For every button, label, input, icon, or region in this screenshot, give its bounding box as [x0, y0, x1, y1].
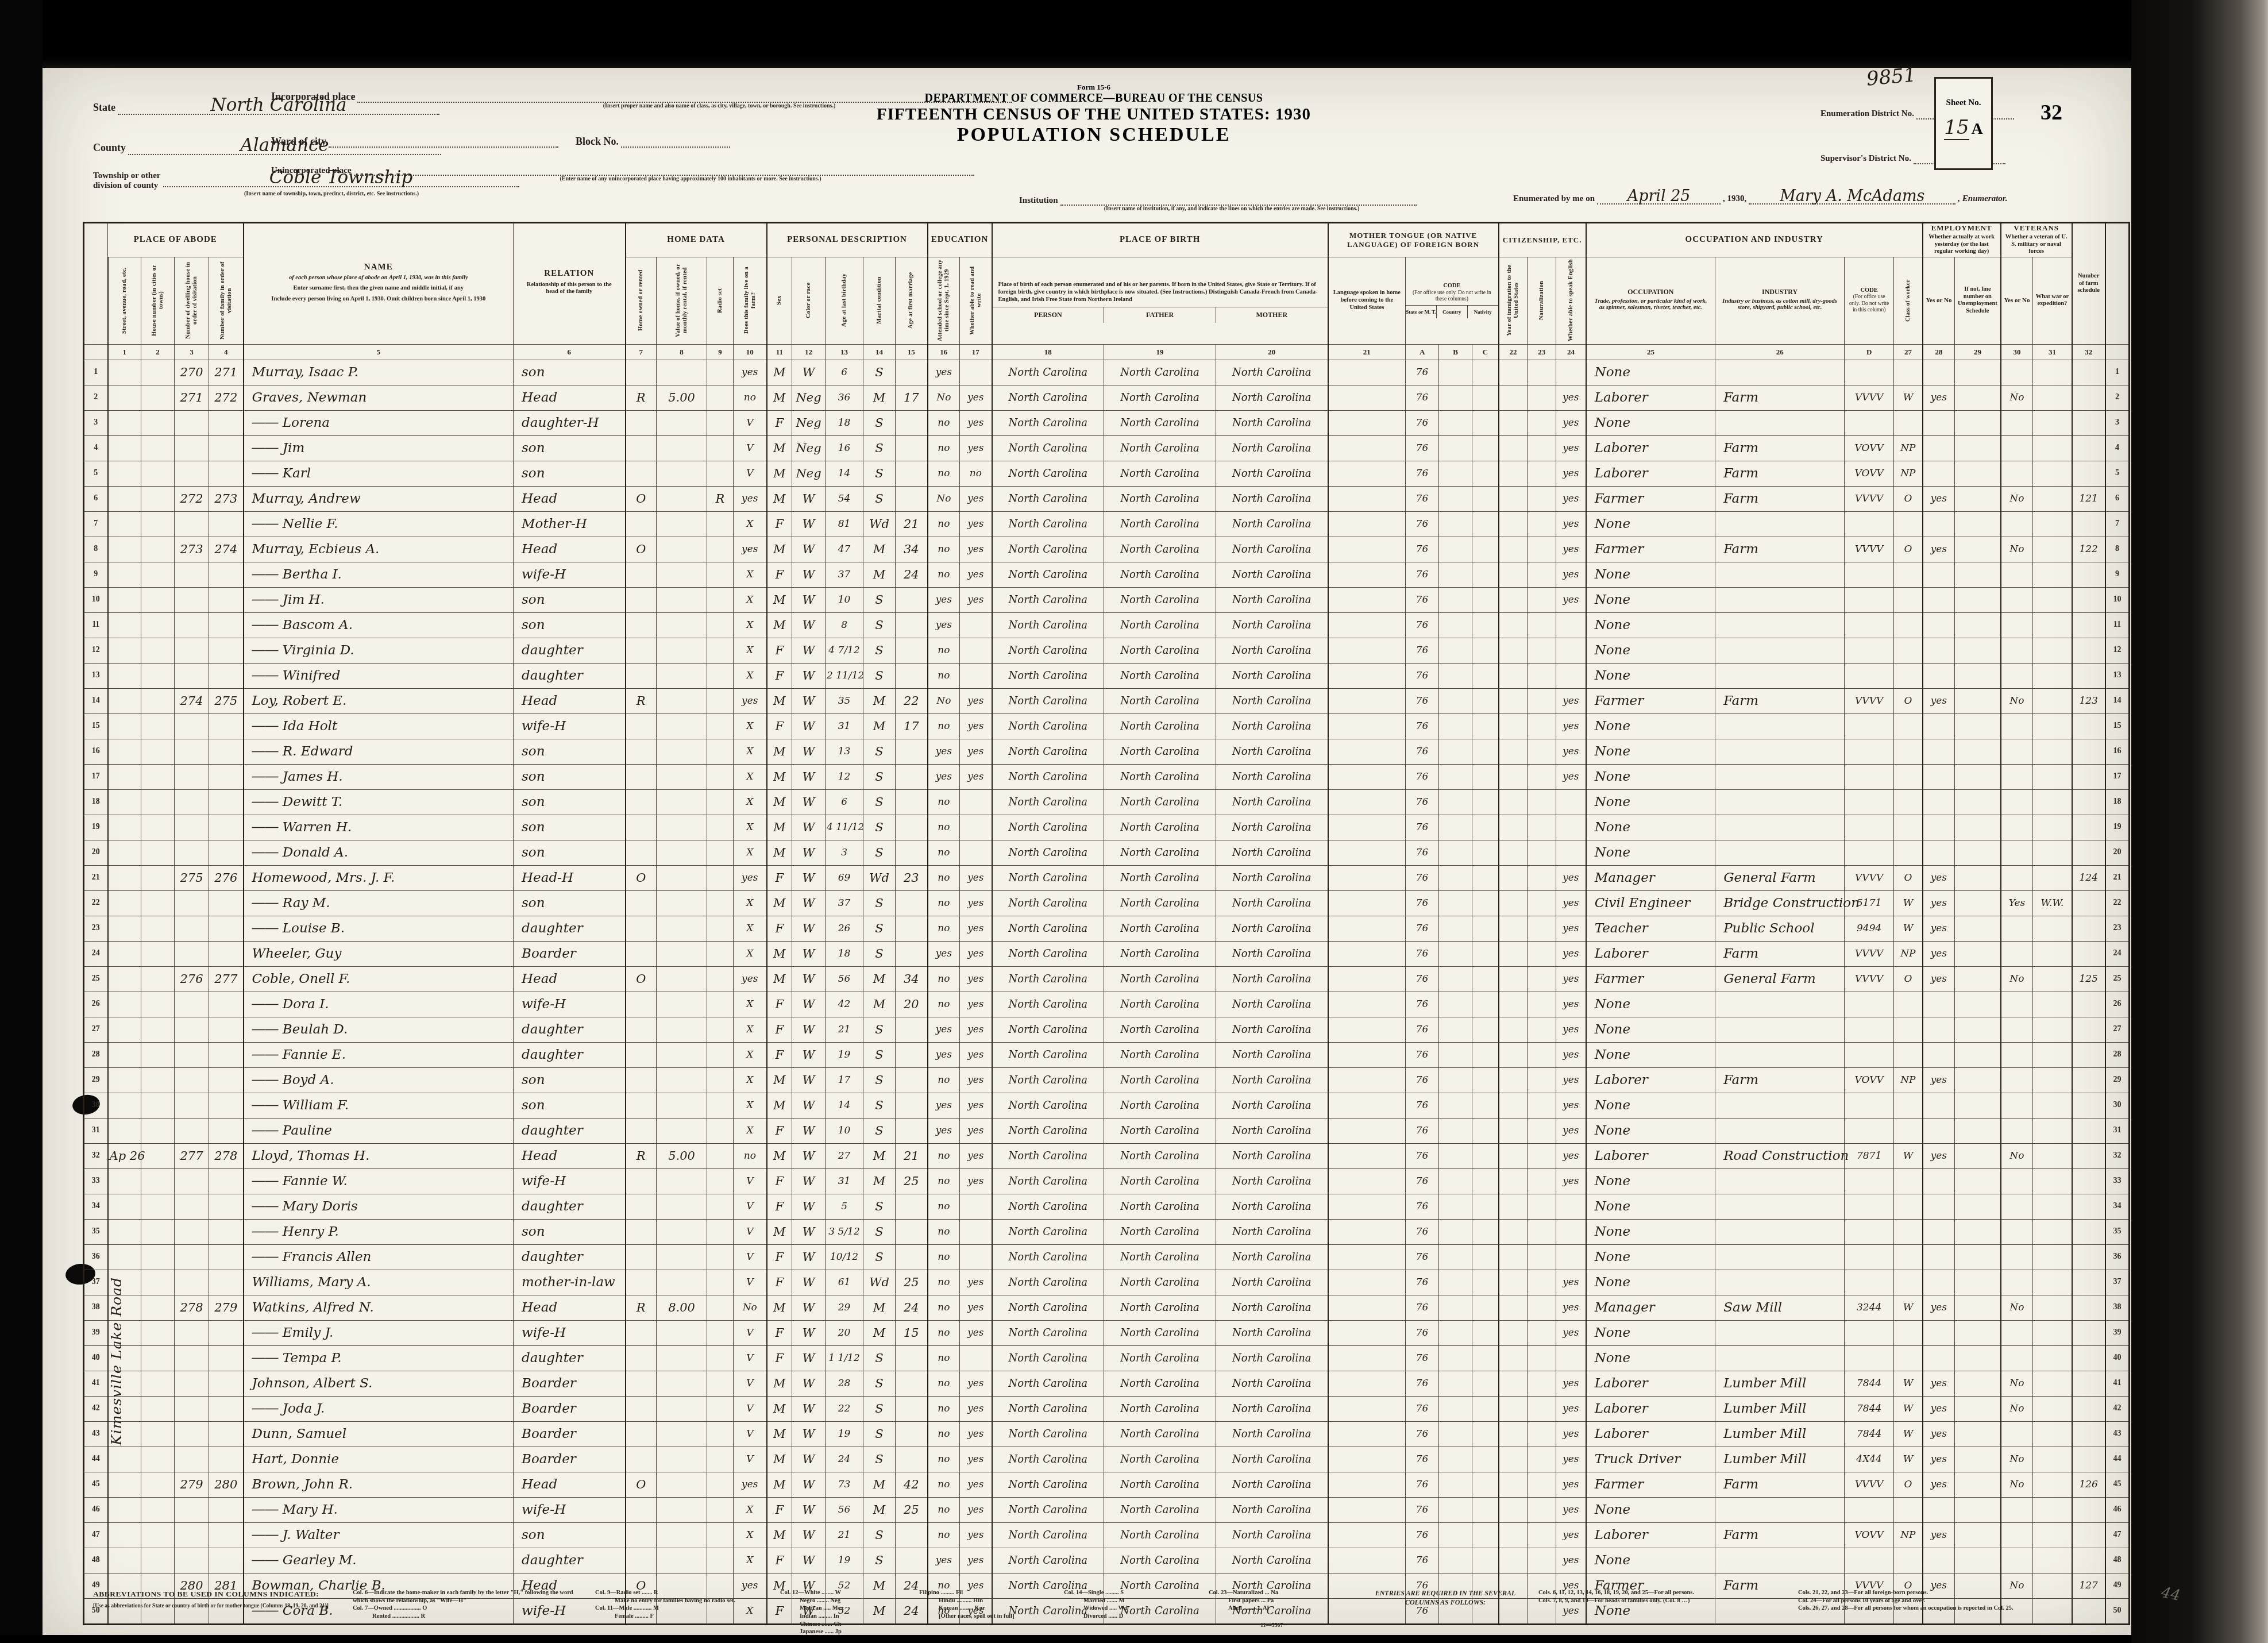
r43-i22 — [1499, 1421, 1528, 1447]
relation-header: RELATION Relationship of this person to … — [514, 223, 626, 345]
r8-e28: yes — [1923, 537, 1955, 562]
r21-hn — [141, 865, 175, 890]
r48-o25: None — [1586, 1548, 1715, 1573]
r13-i22 — [1499, 663, 1528, 688]
r25-dw: 276 — [175, 966, 209, 992]
r7-s16: no — [928, 511, 960, 537]
r32-fm: 278 — [209, 1143, 244, 1168]
r28-st — [108, 1042, 141, 1067]
r4-sx: M — [767, 435, 792, 461]
r9-am: 24 — [896, 562, 928, 587]
r30-o7 — [626, 1093, 657, 1118]
r26-hn — [141, 992, 175, 1017]
r19-f10: X — [734, 815, 767, 840]
r2-nm: Graves, Newman — [244, 385, 514, 410]
r22-cB — [1439, 890, 1472, 916]
r19-o7 — [626, 815, 657, 840]
r20-v30 — [2001, 840, 2033, 865]
r14-v30: No — [2001, 688, 2033, 713]
r34-i22 — [1499, 1194, 1528, 1219]
r3-i22 — [1499, 410, 1528, 435]
r37-c27 — [1894, 1270, 1923, 1295]
r33-l21 — [1328, 1168, 1406, 1194]
r28-v8 — [657, 1042, 707, 1067]
r11-cC — [1472, 612, 1499, 638]
column-number-blank — [2105, 344, 2130, 360]
r36-e24 — [1556, 1244, 1586, 1270]
r1-nm: Murray, Isaac P. — [244, 360, 514, 385]
r19-s16: no — [928, 815, 960, 840]
r47-i26: Farm — [1715, 1522, 1845, 1548]
r6-dw: 272 — [175, 486, 209, 511]
r19-o25: None — [1586, 815, 1715, 840]
r20-l21 — [1328, 840, 1406, 865]
r31-st — [108, 1118, 141, 1143]
r17-cA: 76 — [1406, 764, 1439, 789]
r44-cA: 76 — [1406, 1447, 1439, 1472]
r20-n23 — [1528, 840, 1556, 865]
r1-hn — [141, 360, 175, 385]
r5-bf: North Carolina — [1104, 461, 1216, 486]
r30-st — [108, 1093, 141, 1118]
r26-r9 — [707, 992, 734, 1017]
r16-am — [896, 739, 928, 764]
r37-cB — [1439, 1270, 1472, 1295]
r12-o25: None — [1586, 638, 1715, 663]
r21-am: 23 — [896, 865, 928, 890]
r6-bf: North Carolina — [1104, 486, 1216, 511]
column-number-4: 4 — [209, 344, 244, 360]
r13-f10: X — [734, 663, 767, 688]
r34-dw — [175, 1194, 209, 1219]
r3-sx: F — [767, 410, 792, 435]
r30-cC — [1472, 1093, 1499, 1118]
column-number-14: 14 — [863, 344, 896, 360]
r15-s16: no — [928, 713, 960, 739]
r48-ag: 19 — [826, 1548, 863, 1573]
r5-f32 — [2072, 461, 2105, 486]
r16-l21 — [1328, 739, 1406, 764]
r22-mc: S — [863, 890, 896, 916]
r42-fm — [209, 1396, 244, 1421]
r46-v30 — [2001, 1497, 2033, 1522]
r42-am — [896, 1396, 928, 1421]
r3-e29 — [1955, 410, 2001, 435]
r30-bf: North Carolina — [1104, 1093, 1216, 1118]
r17-n: 17 — [84, 764, 108, 789]
r22-ag: 37 — [826, 890, 863, 916]
mother-tongue-header: MOTHER TONGUE (OR NATIVE LANGUAGE) OF FO… — [1328, 223, 1499, 257]
r40-fm — [209, 1345, 244, 1371]
r45-c27: O — [1894, 1472, 1923, 1497]
table-row: 38278279Watkins, Alfred N.HeadR8.00NoMW2… — [84, 1295, 2130, 1320]
r4-o7 — [626, 435, 657, 461]
r15-sx: F — [767, 713, 792, 739]
r2-e29 — [1955, 385, 2001, 410]
r37-o25: None — [1586, 1270, 1715, 1295]
r27-n23 — [1528, 1017, 1556, 1042]
r25-st — [108, 966, 141, 992]
r19-fm — [209, 815, 244, 840]
r35-cD — [1845, 1219, 1894, 1244]
r32-v30: No — [2001, 1143, 2033, 1168]
r44-v8 — [657, 1447, 707, 1472]
r38-e29 — [1955, 1295, 2001, 1320]
r24-e28: yes — [1923, 941, 1955, 966]
r33-rl: wife-H — [514, 1168, 626, 1194]
r14-i22 — [1499, 688, 1528, 713]
r44-r9 — [707, 1447, 734, 1472]
r35-mc: S — [863, 1219, 896, 1244]
r42-e28: yes — [1923, 1396, 1955, 1421]
r47-rl: son — [514, 1522, 626, 1548]
institution-label: Institution — [1019, 196, 1058, 205]
r25-ag: 56 — [826, 966, 863, 992]
r23-o7 — [626, 916, 657, 941]
r45-r17: yes — [960, 1472, 992, 1497]
table-row: 9―― Bertha I.wife-HXFW37M24noyesNorth Ca… — [84, 562, 2130, 587]
r28-n: 28 — [84, 1042, 108, 1067]
r24-n23 — [1528, 941, 1556, 966]
r23-cB — [1439, 916, 1472, 941]
r10-st — [108, 587, 141, 612]
table-row: 47―― J. WaltersonXMW21SnoyesNorth Caroli… — [84, 1522, 2130, 1548]
r8-v8 — [657, 537, 707, 562]
r8-ag: 47 — [826, 537, 863, 562]
r17-l21 — [1328, 764, 1406, 789]
footer-line: Col. 7—Owned .................. O — [353, 1605, 583, 1613]
r11-mc: S — [863, 612, 896, 638]
r23-ag: 26 — [826, 916, 863, 941]
r8-hn — [141, 537, 175, 562]
r3-bm: North Carolina — [1216, 410, 1328, 435]
r33-ag: 31 — [826, 1168, 863, 1194]
r16-e24: yes — [1556, 739, 1586, 764]
r21-nm: Homewood, Mrs. J. F. — [244, 865, 514, 890]
r32-o7: R — [626, 1143, 657, 1168]
r30-n2: 30 — [2105, 1093, 2130, 1118]
r27-o7 — [626, 1017, 657, 1042]
r29-hn — [141, 1067, 175, 1093]
r37-v31 — [2033, 1270, 2072, 1295]
r11-s16: yes — [928, 612, 960, 638]
r15-c27 — [1894, 713, 1923, 739]
r23-i26: Public School — [1715, 916, 1845, 941]
r43-o25: Laborer — [1586, 1421, 1715, 1447]
r17-e29 — [1955, 764, 2001, 789]
r4-e28 — [1923, 435, 1955, 461]
r37-rc: W — [792, 1270, 826, 1295]
r14-s16: No — [928, 688, 960, 713]
col12-header: Color or race — [792, 257, 826, 344]
r29-f10: X — [734, 1067, 767, 1093]
r44-v31 — [2033, 1447, 2072, 1472]
line-number-header — [84, 223, 108, 345]
r25-o7: O — [626, 966, 657, 992]
r20-bf: North Carolina — [1104, 840, 1216, 865]
r44-o7 — [626, 1447, 657, 1472]
r15-v8 — [657, 713, 707, 739]
r42-mc: S — [863, 1396, 896, 1421]
r9-fm — [209, 562, 244, 587]
r37-hn — [141, 1270, 175, 1295]
r16-f10: X — [734, 739, 767, 764]
r7-bp: North Carolina — [992, 511, 1104, 537]
r6-am — [896, 486, 928, 511]
table-row: 44Hart, DonnieBoarderVMW24SnoyesNorth Ca… — [84, 1447, 2130, 1472]
r8-cC — [1472, 537, 1499, 562]
r44-am — [896, 1447, 928, 1472]
r5-n: 5 — [84, 461, 108, 486]
r46-n2: 46 — [2105, 1497, 2130, 1522]
r7-e28 — [1923, 511, 1955, 537]
r14-cB — [1439, 688, 1472, 713]
r38-nm: Watkins, Alfred N. — [244, 1295, 514, 1320]
r24-st — [108, 941, 141, 966]
r31-v30 — [2001, 1118, 2033, 1143]
r27-cC — [1472, 1017, 1499, 1042]
r26-ag: 42 — [826, 992, 863, 1017]
r11-cD — [1845, 612, 1894, 638]
r12-l21 — [1328, 638, 1406, 663]
r48-e29 — [1955, 1548, 2001, 1573]
r23-n23 — [1528, 916, 1556, 941]
r4-rc: Neg — [792, 435, 826, 461]
r23-st — [108, 916, 141, 941]
r41-f32 — [2072, 1371, 2105, 1396]
r8-n23 — [1528, 537, 1556, 562]
r36-bp: North Carolina — [992, 1244, 1104, 1270]
r24-cD: VVVV — [1845, 941, 1894, 966]
r5-cC — [1472, 461, 1499, 486]
r15-cC — [1472, 713, 1499, 739]
r21-bp: North Carolina — [992, 865, 1104, 890]
r29-sx: M — [767, 1067, 792, 1093]
r3-r17: yes — [960, 410, 992, 435]
r7-i22 — [1499, 511, 1528, 537]
r9-nm: ―― Bertha I. — [244, 562, 514, 587]
r8-o25: Farmer — [1586, 537, 1715, 562]
r37-cA: 76 — [1406, 1270, 1439, 1295]
r8-dw: 273 — [175, 537, 209, 562]
r1-cD — [1845, 360, 1894, 385]
r47-n23 — [1528, 1522, 1556, 1548]
column-number-5: 5 — [244, 344, 514, 360]
r34-v31 — [2033, 1194, 2072, 1219]
r47-cC — [1472, 1522, 1499, 1548]
r35-cB — [1439, 1219, 1472, 1244]
r7-mc: Wd — [863, 511, 896, 537]
r19-r17 — [960, 815, 992, 840]
r34-bm: North Carolina — [1216, 1194, 1328, 1219]
pob-father-label: FATHER — [1104, 307, 1216, 323]
r24-bm: North Carolina — [1216, 941, 1328, 966]
r25-n2: 25 — [2105, 966, 2130, 992]
r18-s16: no — [928, 789, 960, 815]
r43-bf: North Carolina — [1104, 1421, 1216, 1447]
r27-am — [896, 1017, 928, 1042]
r31-v8 — [657, 1118, 707, 1143]
r13-n: 13 — [84, 663, 108, 688]
r30-r17: yes — [960, 1093, 992, 1118]
r7-bf: North Carolina — [1104, 511, 1216, 537]
r11-ag: 8 — [826, 612, 863, 638]
table-row: 8273274Murray, Ecbieus A.HeadOyesMW47M34… — [84, 537, 2130, 562]
r40-f32 — [2072, 1345, 2105, 1371]
r40-n2: 40 — [2105, 1345, 2130, 1371]
r28-e24: yes — [1556, 1042, 1586, 1067]
r41-v31 — [2033, 1371, 2072, 1396]
r22-fm — [209, 890, 244, 916]
r24-e24: yes — [1556, 941, 1586, 966]
r4-n: 4 — [84, 435, 108, 461]
r9-hn — [141, 562, 175, 587]
r19-am — [896, 815, 928, 840]
r14-bp: North Carolina — [992, 688, 1104, 713]
r13-cD — [1845, 663, 1894, 688]
r6-bm: North Carolina — [1216, 486, 1328, 511]
r17-v30 — [2001, 764, 2033, 789]
r17-n2: 17 — [2105, 764, 2130, 789]
r41-rl: Boarder — [514, 1371, 626, 1396]
table-row: 1270271Murray, Isaac P.sonyesMW6SyesNort… — [84, 360, 2130, 385]
footer-line: Col. 14—Single ......... S — [1064, 1589, 1196, 1597]
column-number-20: 20 — [1216, 344, 1328, 360]
r8-v30: No — [2001, 537, 2033, 562]
table-row: 17―― James H.sonXMW12SyesyesNorth Caroli… — [84, 764, 2130, 789]
r3-n: 3 — [84, 410, 108, 435]
r36-o7 — [626, 1244, 657, 1270]
r40-nm: ―― Tempa P. — [244, 1345, 514, 1371]
r7-f32 — [2072, 511, 2105, 537]
r27-mc: S — [863, 1017, 896, 1042]
col4-header: Number of family in order of visitation — [209, 257, 244, 344]
r44-e28: yes — [1923, 1447, 1955, 1472]
r33-mc: M — [863, 1168, 896, 1194]
r39-e24: yes — [1556, 1320, 1586, 1345]
census-scan-page: { "scan": { "corner_number": "9851", "pa… — [0, 0, 2268, 1643]
r6-f32: 121 — [2072, 486, 2105, 511]
r15-bm: North Carolina — [1216, 713, 1328, 739]
r8-e29 — [1955, 537, 2001, 562]
r34-ag: 5 — [826, 1194, 863, 1219]
r26-cA: 76 — [1406, 992, 1439, 1017]
r6-cA: 76 — [1406, 486, 1439, 511]
r16-n23 — [1528, 739, 1556, 764]
r44-n2: 44 — [2105, 1447, 2130, 1472]
r4-e29 — [1955, 435, 2001, 461]
r5-o7 — [626, 461, 657, 486]
r40-rc: W — [792, 1345, 826, 1371]
r30-v8 — [657, 1093, 707, 1118]
r23-v31 — [2033, 916, 2072, 941]
r2-c27: W — [1894, 385, 1923, 410]
r5-v31 — [2033, 461, 2072, 486]
r18-i26 — [1715, 789, 1845, 815]
r42-n: 42 — [84, 1396, 108, 1421]
r41-hn — [141, 1371, 175, 1396]
r3-v31 — [2033, 410, 2072, 435]
r40-e24 — [1556, 1345, 1586, 1371]
r22-bm: North Carolina — [1216, 890, 1328, 916]
r25-l21 — [1328, 966, 1406, 992]
r42-hn — [141, 1396, 175, 1421]
r14-o25: Farmer — [1586, 688, 1715, 713]
r17-bp: North Carolina — [992, 764, 1104, 789]
r29-v8 — [657, 1067, 707, 1093]
r1-v31 — [2033, 360, 2072, 385]
r38-r9 — [707, 1295, 734, 1320]
r28-bp: North Carolina — [992, 1042, 1104, 1067]
r20-mc: S — [863, 840, 896, 865]
r18-c27 — [1894, 789, 1923, 815]
r34-v30 — [2001, 1194, 2033, 1219]
r6-hn — [141, 486, 175, 511]
r1-f32 — [2072, 360, 2105, 385]
r37-e28 — [1923, 1270, 1955, 1295]
r13-dw — [175, 663, 209, 688]
r36-i22 — [1499, 1244, 1528, 1270]
r46-fm — [209, 1497, 244, 1522]
r37-s16: no — [928, 1270, 960, 1295]
r37-bm: North Carolina — [1216, 1270, 1328, 1295]
r4-ag: 16 — [826, 435, 863, 461]
r20-bp: North Carolina — [992, 840, 1104, 865]
sheet-letter: A — [1972, 120, 1983, 138]
r39-o25: None — [1586, 1320, 1715, 1345]
r9-r17: yes — [960, 562, 992, 587]
r20-i22 — [1499, 840, 1528, 865]
r22-f32 — [2072, 890, 2105, 916]
r4-bp: North Carolina — [992, 435, 1104, 461]
r30-e29 — [1955, 1093, 2001, 1118]
r36-cB — [1439, 1244, 1472, 1270]
r27-i22 — [1499, 1017, 1528, 1042]
r15-cD — [1845, 713, 1894, 739]
r20-ag: 3 — [826, 840, 863, 865]
r36-cD — [1845, 1244, 1894, 1270]
r33-e28 — [1923, 1168, 1955, 1194]
table-row: 31―― PaulinedaughterXFW10SyesyesNorth Ca… — [84, 1118, 2130, 1143]
r2-i22 — [1499, 385, 1528, 410]
r27-n: 27 — [84, 1017, 108, 1042]
r20-n: 20 — [84, 840, 108, 865]
r46-f10: X — [734, 1497, 767, 1522]
r40-c27 — [1894, 1345, 1923, 1371]
r19-bm: North Carolina — [1216, 815, 1328, 840]
r35-ag: 3 5/12 — [826, 1219, 863, 1244]
r17-c27 — [1894, 764, 1923, 789]
r8-i22 — [1499, 537, 1528, 562]
r42-cC — [1472, 1396, 1499, 1421]
column-number-C: C — [1472, 344, 1499, 360]
r43-hn — [141, 1421, 175, 1447]
r43-ag: 19 — [826, 1421, 863, 1447]
r39-n2: 39 — [2105, 1320, 2130, 1345]
r27-c27 — [1894, 1017, 1923, 1042]
incorporated-note: (Insert proper name and also name of cla… — [392, 103, 1047, 109]
r11-v30 — [2001, 612, 2033, 638]
r7-c27 — [1894, 511, 1923, 537]
r13-bf: North Carolina — [1104, 663, 1216, 688]
r38-n23 — [1528, 1295, 1556, 1320]
r18-cB — [1439, 789, 1472, 815]
table-row: 43Dunn, SamuelBoarderVMW19SnoyesNorth Ca… — [84, 1421, 2130, 1447]
r7-r17: yes — [960, 511, 992, 537]
r29-r9 — [707, 1067, 734, 1093]
r46-am: 25 — [896, 1497, 928, 1522]
r12-e24 — [1556, 638, 1586, 663]
